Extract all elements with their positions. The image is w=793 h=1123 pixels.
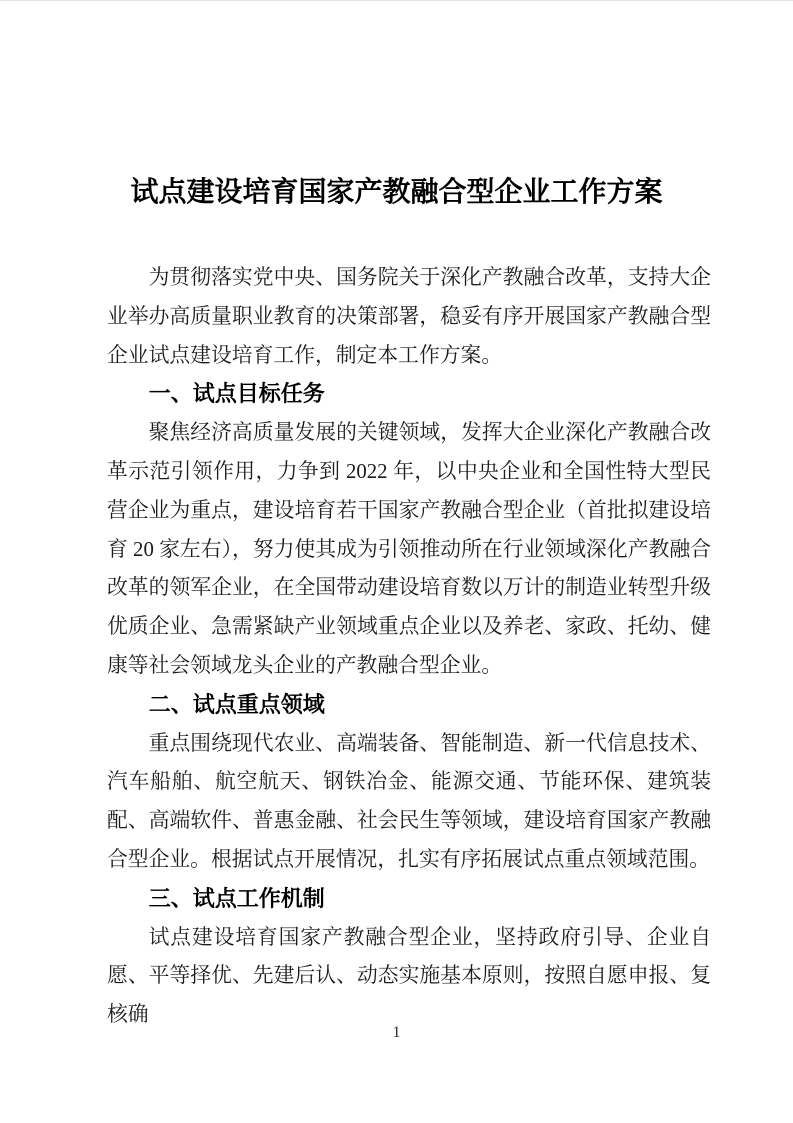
section-1-heading: 一、试点目标任务 <box>107 375 711 414</box>
section-3-heading: 三、试点工作机制 <box>107 880 711 919</box>
section-1-paragraph: 聚焦经济高质量发展的关键领域，发挥大企业深化产教融合改革示范引领作用，力争到 2… <box>107 414 711 686</box>
document-body: 为贯彻落实党中央、国务院关于深化产教融合改革，支持大企业举办高质量职业教育的决策… <box>107 213 711 1035</box>
section-2-heading: 二、试点重点领域 <box>107 686 711 725</box>
intro-paragraph: 为贯彻落实党中央、国务院关于深化产教融合改革，支持大企业举办高质量职业教育的决策… <box>107 259 711 375</box>
document-page: 试点建设培育国家产教融合型企业工作方案 为贯彻落实党中央、国务院关于深化产教融合… <box>0 0 793 1123</box>
section-3-paragraph: 试点建设培育国家产教融合型企业，坚持政府引导、企业自愿、平等择优、先建后认、动态… <box>107 919 711 1035</box>
document-title: 试点建设培育国家产教融合型企业工作方案 <box>0 173 793 213</box>
page-number: 1 <box>0 1023 793 1043</box>
section-2-paragraph: 重点围绕现代农业、高端装备、智能制造、新一代信息技术、汽车船舶、航空航天、钢铁冶… <box>107 725 711 880</box>
